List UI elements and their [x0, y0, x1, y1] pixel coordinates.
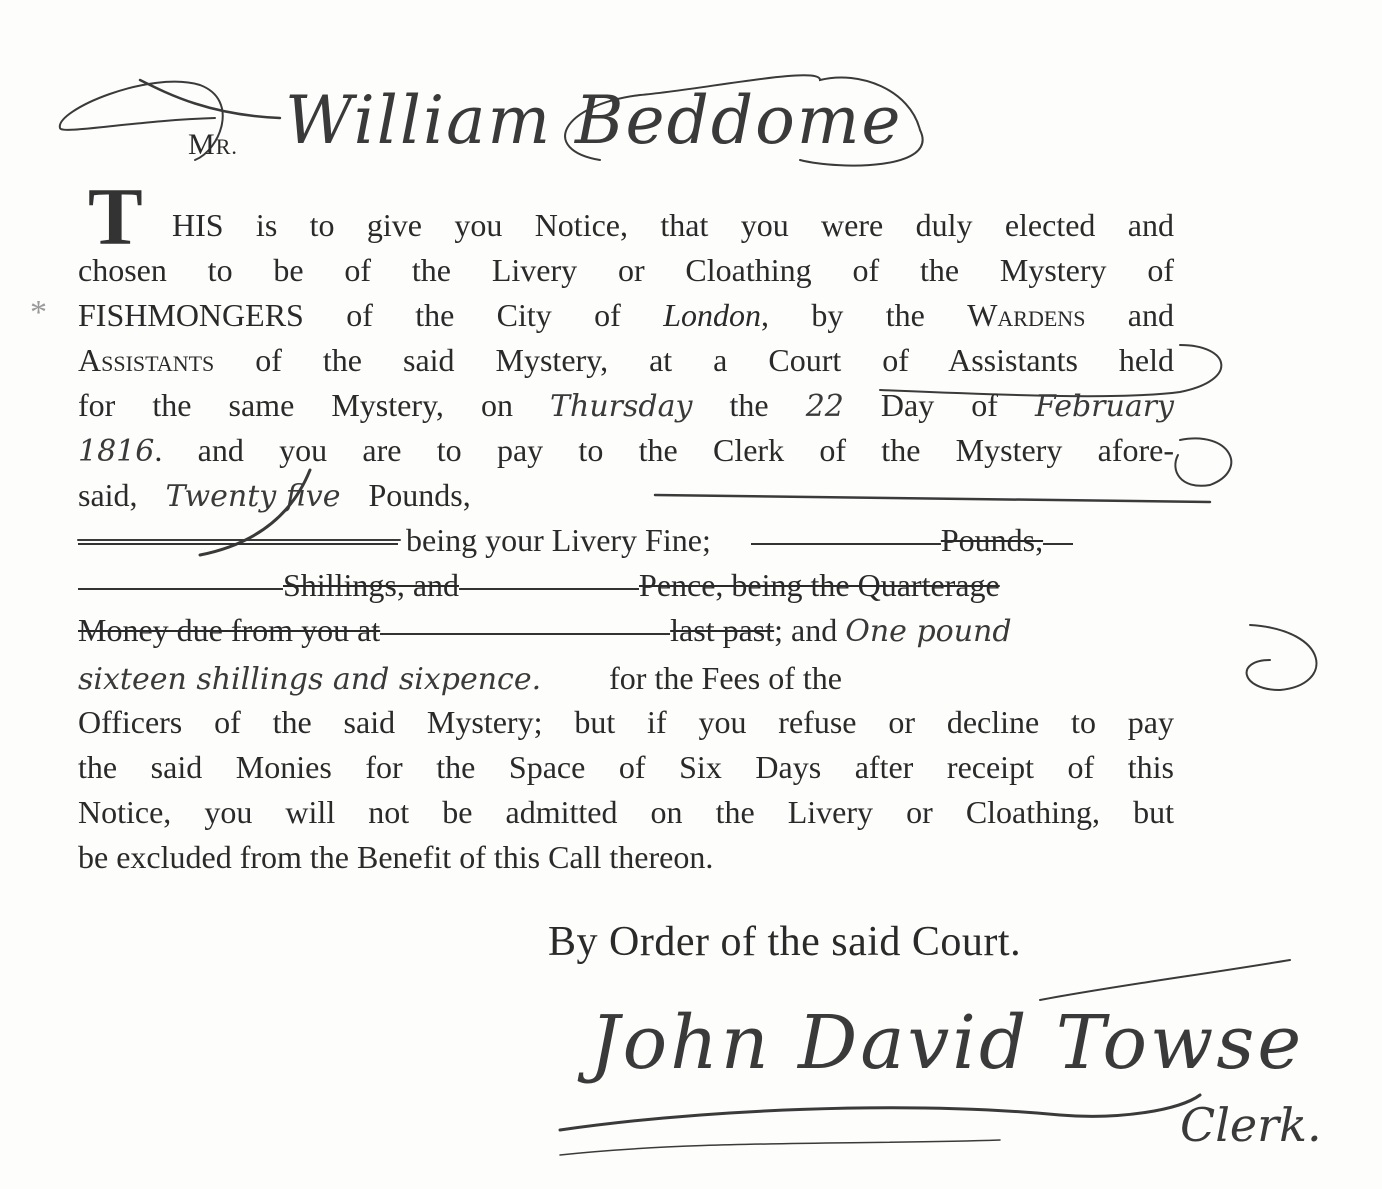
salutation-prefix: MR.: [188, 128, 238, 162]
handwritten-fees-part-2: sixteen shillings and sixpence.: [78, 662, 541, 697]
body-line-4: Assistants of the said Mystery, at a Cou…: [78, 340, 1174, 380]
body-line-9: Shillings, andPence, being the Quarterag…: [78, 565, 1174, 605]
clerk-signature-handwritten: John David Towse: [590, 1000, 1304, 1086]
body-line-13: the said Monies for the Space of Six Day…: [78, 747, 1174, 787]
drop-cap: T: [88, 176, 143, 258]
livery-notice-document: * MR. William Beddome T HIS is to give y…: [0, 0, 1382, 1189]
body-line-10: Money due from you atlast past; and One …: [78, 610, 1174, 652]
body-line-14: Notice, you will not be admitted on the …: [78, 792, 1174, 832]
handwritten-day: 22: [806, 389, 844, 424]
body-line-11: sixteen shillings and sixpence. for the …: [78, 658, 1174, 700]
body-line-1: HIS is to give you Notice, that you were…: [172, 205, 1174, 245]
closing-line: By Order of the said Court.: [548, 918, 1021, 966]
body-line-8: being your Livery Fine;Pounds,: [78, 520, 1174, 560]
handwritten-day-of-week: Thursday: [550, 389, 692, 424]
handwritten-year: 1816: [78, 434, 154, 469]
handwritten-month: February: [1035, 389, 1174, 424]
margin-asterisk-mark: *: [30, 294, 47, 332]
handwritten-fees-part-1: One pound: [845, 614, 1011, 649]
body-line-6: 1816. and you are to pay to the Clerk of…: [78, 430, 1174, 472]
clerk-title-handwritten: Clerk.: [1180, 1098, 1322, 1152]
body-line-15: be excluded from the Benefit of this Cal…: [78, 837, 1174, 877]
handwritten-livery-fine: Twenty five: [166, 479, 341, 514]
body-line-12: Officers of the said Mystery; but if you…: [78, 702, 1174, 742]
body-line-3: FISHMONGERS of the City of London, by th…: [78, 295, 1174, 335]
recipient-name-handwritten: William Beddome: [285, 82, 902, 159]
body-line-7: said, Twenty five Pounds,: [78, 475, 1174, 517]
body-line-5: for the same Mystery, on Thursday the 22…: [78, 385, 1174, 427]
body-line-2: chosen to be of the Livery or Cloathing …: [78, 250, 1174, 290]
